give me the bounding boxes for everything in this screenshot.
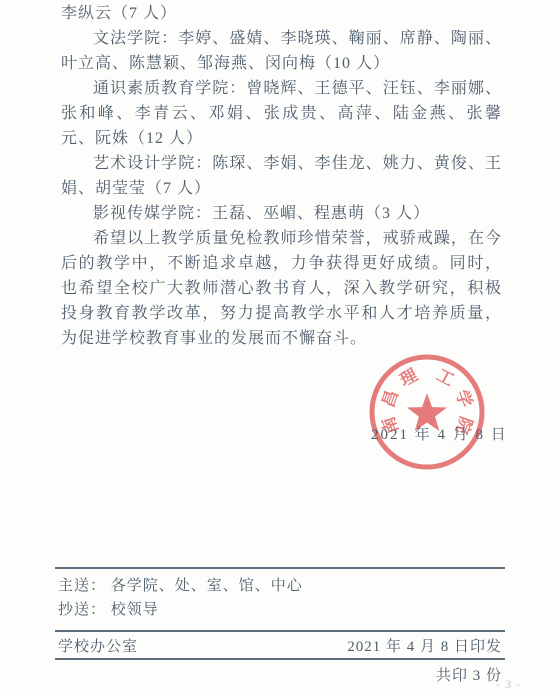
main-send-row: 主送： 各学院、处、室、馆、中心	[58, 574, 505, 598]
copy-send-row: 抄送： 校领导	[58, 598, 505, 622]
official-seal: 南 昌 理 工 学 院	[366, 351, 488, 473]
paragraph-closing-remarks: 希望以上教学质量免检教师珍惜荣誉，戒骄戒躁，在今后的教学中，不断追求卓越，力争获…	[61, 226, 502, 351]
document-date: 2021 年 4 月 8 日	[371, 423, 508, 444]
continuation-line: 李纵云（7 人）	[61, 1, 502, 26]
copy-send-value: 校领导	[111, 602, 159, 618]
main-send-value: 各学院、处、室、馆、中心	[111, 578, 303, 594]
document-footer: 主送： 各学院、处、室、馆、中心 抄送： 校领导 学校办公室 2021 年 4 …	[55, 567, 505, 686]
paragraph-yingshi-college: 影视传媒学院：王磊、巫嵋、程惠萌（3 人）	[61, 201, 502, 226]
page-number: - 3 -	[496, 677, 521, 691]
seal-char-3: 理	[397, 365, 422, 390]
copies-row: 共印 3 份	[55, 660, 505, 686]
seal-char-4: 工	[433, 365, 457, 390]
seal-char-5: 学	[452, 387, 477, 410]
seal-graphic: 南 昌 理 工 学 院	[366, 351, 488, 473]
scanned-document-page: 李纵云（7 人） 文法学院：李婷、盛婧、李晓瑛、鞠丽、席静、陶丽、叶立高、陈慧颖…	[0, 0, 560, 691]
send-block: 主送： 各学院、处、室、馆、中心 抄送： 校领导	[55, 567, 505, 630]
issuing-office: 学校办公室	[58, 635, 138, 656]
main-send-label: 主送：	[58, 578, 106, 594]
print-copies: 共印 3 份	[436, 668, 502, 684]
paragraph-yishu-college: 艺术设计学院：陈琛、李娟、李佳龙、姚力、黄俊、王娟、胡莹莹（7 人）	[61, 151, 502, 201]
paragraph-tongshi-college: 通识素质教育学院：曾晓辉、王德平、汪钰、李丽娜、张和峰、李青云、邓娟、张成贵、高…	[61, 76, 502, 151]
document-body: 李纵云（7 人） 文法学院：李婷、盛婧、李晓瑛、鞠丽、席静、陶丽、叶立高、陈慧颖…	[61, 1, 502, 351]
issuer-row: 学校办公室 2021 年 4 月 8 日印发	[55, 630, 505, 660]
seal-char-2: 昌	[379, 387, 403, 409]
copy-send-label: 抄送：	[58, 602, 106, 618]
paragraph-wenfa-college: 文法学院：李婷、盛婧、李晓瑛、鞠丽、席静、陶丽、叶立高、陈慧颖、邹海燕、闵向梅（…	[61, 26, 502, 76]
print-date: 2021 年 4 月 8 日印发	[347, 635, 502, 656]
